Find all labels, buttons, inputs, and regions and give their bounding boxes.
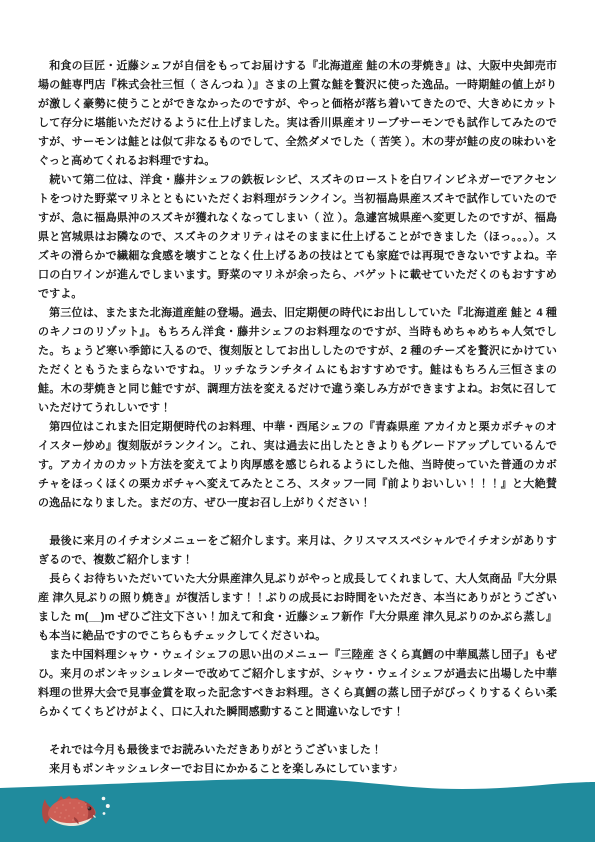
paragraph-rank2-suzuki: 続いて第二位は、洋食・藤井シェフの鉄板レシピ、スズキのローストを白ワインビネガー… — [38, 171, 557, 304]
fish-eye-glint — [88, 807, 89, 808]
newsletter-page: 和食の巨匠・近藤シェフが自信をもってお届けする『北海道産 鮭の木の芽焼き』は、大… — [0, 0, 595, 842]
letter-body: 和食の巨匠・近藤シェフが自信をもってお届けする『北海道産 鮭の木の芽焼き』は、大… — [38, 57, 557, 779]
sea-bream-fish-illustration — [35, 790, 115, 835]
paragraph-next-month-intro: 最後に来月のイチオシメニューをご紹介します。来月は、クリスマススペシャルでイチオ… — [38, 532, 557, 570]
paragraph-buri: 長らくお待ちいただいていた大分県産津久見ぶりがやっと成長してくれまして、大人気商… — [38, 570, 557, 646]
paragraph-rank4-akaika: 第四位はこれまた旧定期便時代のお料理、中華・西尾シェフの『青森県産 アカイカと栗… — [38, 418, 557, 513]
paragraph-dango: また中国料理シャウ・ウェイシェフの思い出のメニュー『三陸産 さくら真鱈の中華風蒸… — [38, 646, 557, 722]
paragraph-thanks: それでは今月も最後までお読みいただきありがとうございました！ — [38, 741, 557, 760]
fish-eye — [88, 807, 92, 811]
paragraph-rank1-salmon: 和食の巨匠・近藤シェフが自信をもってお届けする『北海道産 鮭の木の芽焼き』は、大… — [38, 57, 557, 171]
paragraph-rank3-risotto: 第三位は、またまた北海道産鮭の登場。過去、旧定期便の時代にお出ししていた『北海道… — [38, 304, 557, 418]
bubbles — [102, 797, 110, 815]
